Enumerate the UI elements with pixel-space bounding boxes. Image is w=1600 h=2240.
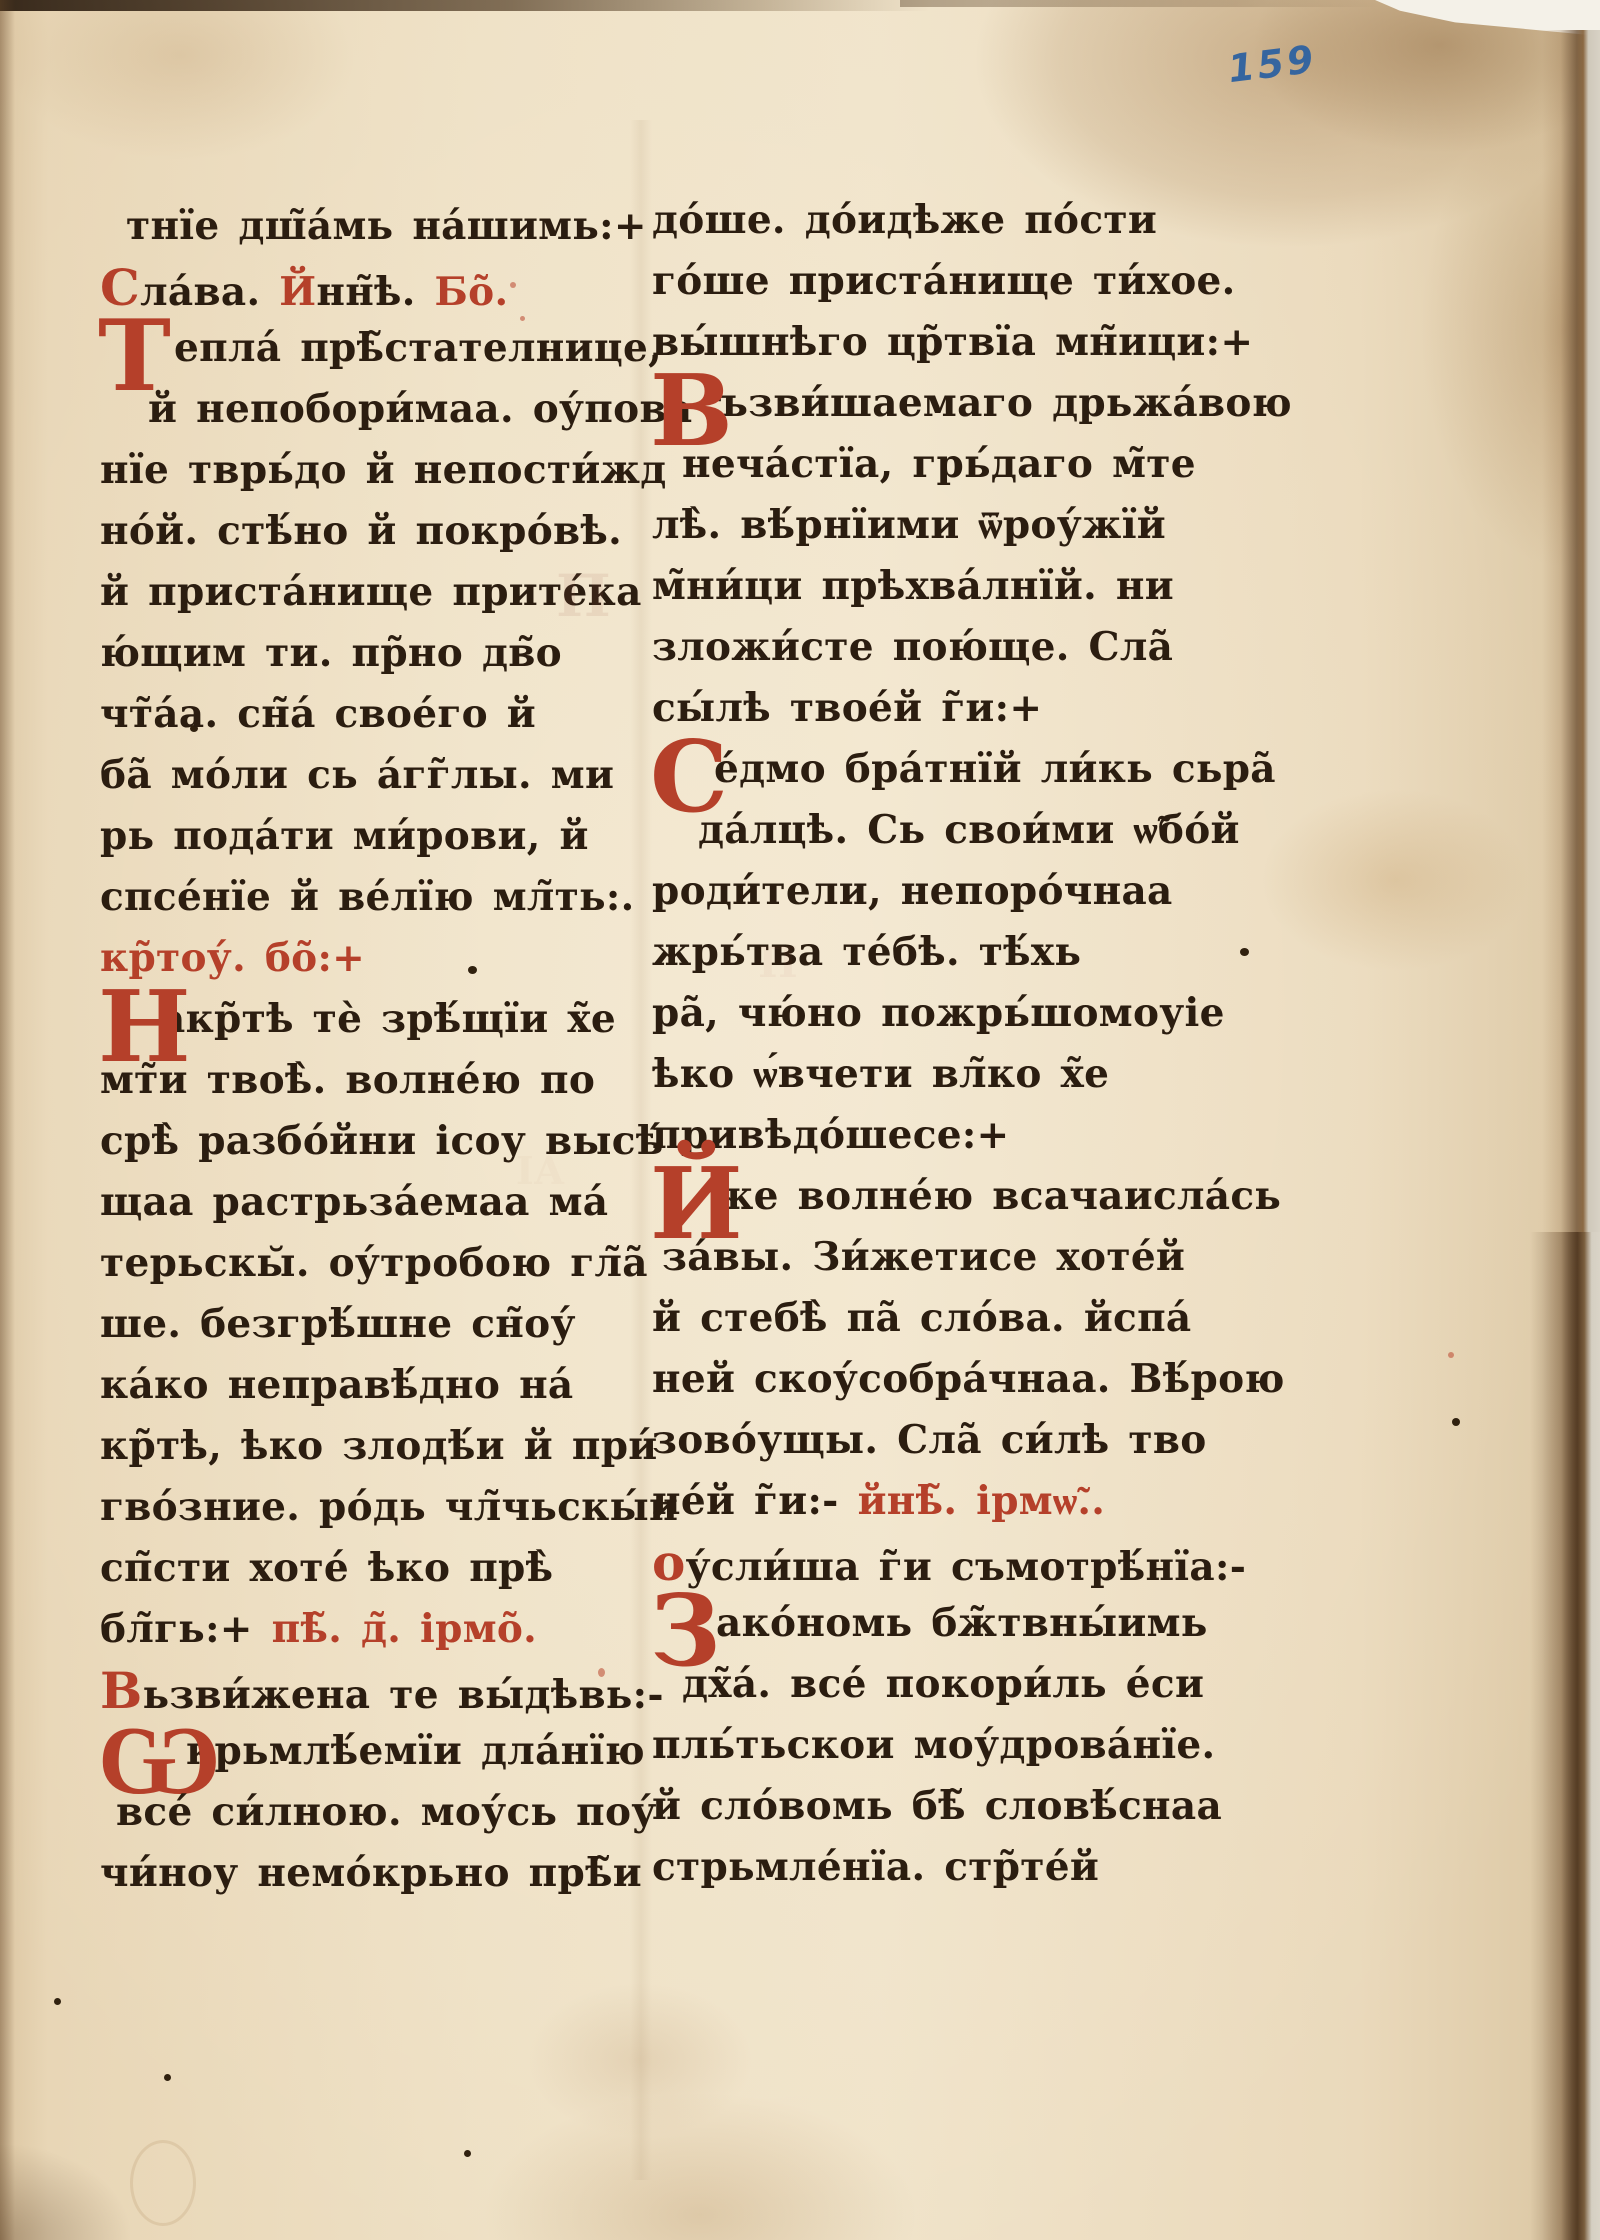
text-run: сп̃сти хоте́ ѣко прѣ̀ [100,1545,553,1591]
manuscript-line: Ѡкрьмлѣ́емїи дла́нїю [100,1721,685,1782]
manuscript-line: роди́тели, непоро́чнаа [652,861,1237,922]
manuscript-line: зложи́сте пою́ще. Сла̃ [652,617,1237,678]
manuscript-line: неча́стїа, грь́даго м̃те [652,434,1237,495]
text-run: до́ше. до́идѣже по́сти [652,197,1157,243]
manuscript-line: дх̃а́. все́ покори́ль е́си [652,1654,1237,1715]
folio-number: 159 [1226,37,1319,91]
manuscript-line: ра̃, чю́но пожрь́шомоуіе [652,983,1237,1044]
text-run: ше. безгрѣ́шне сн̃оу́ [100,1301,576,1347]
text-run: й сло́вомь бѣ̃ словѣ́снаа [652,1783,1222,1829]
manuscript-line: чи́ноу немо́крьно прѣ̃и [100,1843,685,1904]
manuscript-line: за́вы. Зи́жетисе хоте́й [652,1227,1237,1288]
text-run: у́сли́ша г̃и съмотрѣ́нїа:- [686,1544,1247,1590]
text-run: е́дмо бра́тнїй ли́кь сьра̃ [714,746,1276,792]
text-run: пѣ̃. д̃. ірмо̃. [272,1606,537,1652]
manuscript-line: сы́лѣ твое́й г̃и:+ [652,678,1237,739]
ink-spot [1452,1418,1460,1426]
text-run: пль́тьскои моу́дрова́нїе. [652,1722,1215,1768]
manuscript-line: до́ше. до́идѣже по́сти [652,190,1237,251]
ink-spot [464,2150,471,2157]
text-run: ра̃, чю́но пожрь́шомоуіе [652,990,1225,1036]
manuscript-line: Накр̃тѣ тѐ зрѣ́щїи х̃е [100,989,685,1050]
manuscript-line: жрь́тва те́бѣ. тѣ́хь [652,922,1237,983]
manuscript-line: мт̃и твоѣ̀. волне́ю по [100,1050,685,1111]
manuscript-page: 159 тнїе дш̃а́мь на́шимь:+Сла́ва. Йнн̃ѣ.… [0,0,1600,2240]
text-run: кр̃тѣ, ѣко злодѣ́и й при́ [100,1423,658,1469]
manuscript-line: нїе тврь́до й непости́жд [100,440,685,501]
manuscript-line: ка́ко неправѣ́дно на́ [100,1355,685,1416]
page-bottom-left-shadow [0,2145,130,2240]
ink-spot [164,2074,171,2081]
text-run: но́й. стѣ́но й покро́вѣ. [100,508,622,554]
manuscript-line: й непобори́маа. оу́пова [100,379,685,440]
manuscript-line: бл̃гь:+ пѣ̃. д̃. ірмо̃. [100,1599,685,1660]
manuscript-line: Тепла́ прѣ̃стателнице, [100,318,685,379]
page-right-edge-lower [1530,1232,1600,2240]
manuscript-line: ю́щим ти. пр̃но дв̃о [100,623,685,684]
manuscript-line: ше. безгрѣ́шне сн̃оу́ [100,1294,685,1355]
manuscript-line: лѣ̀. вѣ́рнїими ѿроу́жїй [652,495,1237,556]
manuscript-line: терьскы̆. оу́тробою гл̃а̃ [100,1233,685,1294]
text-run: й стебѣ̀ па̃ сло́ва. йспа́ [652,1295,1192,1341]
manuscript-line: тнїе дш̃а́мь на́шимь:+ [100,196,685,257]
text-run: за́вы. Зи́жетисе хоте́й [662,1234,1185,1280]
text-run: Бо̃. [435,269,509,315]
manuscript-line: вы́шнѣго цр̃твїа мн̃ици:+ [652,312,1237,373]
ink-spot [1240,948,1249,956]
text-run: чи́ноу немо́крьно прѣ̃и [100,1850,642,1896]
red-fleck [1448,1352,1454,1358]
text-run: акр̃тѣ тѐ зрѣ́щїи х̃е [160,996,616,1042]
text-run: роди́тели, непоро́чнаа [652,868,1173,914]
text-run: ба̃ мо́ли сь а́гг̃лы. ми [100,752,614,798]
ink-spot [54,1998,61,2005]
page-top-edge-faint [900,0,1380,7]
manuscript-line: й стебѣ̀ па̃ сло́ва. йспа́ [652,1288,1237,1349]
text-run: срѣ̀ разбо́йни ісоу высѣ́ [100,1118,664,1164]
manuscript-line: м̃ни́ци прѣхва́лнїй. ни [652,556,1237,617]
manuscript-line: все́ си́лною. моу́сь поу́ [100,1782,685,1843]
text-column-left: тнїе дш̃а́мь на́шимь:+Сла́ва. Йнн̃ѣ. Бо̃… [100,196,685,1904]
bleedthrough-glyph: ІА [516,1148,565,1193]
manuscript-line: оу́сли́ша г̃и съмотрѣ́нїа:- [652,1532,1237,1593]
page-left-edge [0,0,15,2240]
manuscript-line: Възви́шаемаго дрьжа́вою [652,373,1237,434]
text-run: го́ше приста́нище ти́хое. [652,258,1236,304]
text-run: лѣ̀. вѣ́рнїими ѿроу́жїй [652,502,1166,548]
text-run: бл̃гь:+ [100,1606,272,1652]
text-run: дх̃а́. все́ покори́ль е́си [682,1661,1204,1707]
manuscript-line: щаа растрьза́емаа ма́ [100,1172,685,1233]
text-run: рь пода́ти ми́рови, й [100,813,589,859]
manuscript-line: сп̃сти хоте́ ѣко прѣ̀ [100,1538,685,1599]
manuscript-line: й сло́вомь бѣ̃ словѣ́снаа [652,1776,1237,1837]
text-run: все́ си́лною. моу́сь поу́ [116,1789,657,1835]
text-run: нїе тврь́до й непости́жд [100,447,667,493]
text-run: да́лцѣ. Сь свои́ми ѡ̃бо́й [698,807,1240,853]
text-run: гво́зние. ро́дь чл̃чьскы́и [100,1484,678,1530]
manuscript-line: гво́зние. ро́дь чл̃чьскы́и [100,1477,685,1538]
manuscript-line: ѣко ѡ́вчети вл̃ко х̃е [652,1044,1237,1105]
text-run: ка́ко неправѣ́дно на́ [100,1362,574,1408]
manuscript-line: кр̃тѣ, ѣко злодѣ́и й при́ [100,1416,685,1477]
text-run: терьскы̆. оу́тробою гл̃а̃ [100,1240,648,1286]
text-run: мт̃и твоѣ̀. волне́ю по [100,1057,595,1103]
manuscript-line: зово́ущы. Сла̃ си́лѣ тво [652,1410,1237,1471]
text-run: же волне́ю всачаисла́сь [714,1173,1281,1219]
page-top-edge [0,0,930,11]
manuscript-line: пль́тьскои моу́дрова́нїе. [652,1715,1237,1776]
text-column-right: до́ше. до́идѣже по́стиго́ше приста́нище … [652,190,1237,1898]
manuscript-line: да́лцѣ. Сь свои́ми ѡ̃бо́й [652,800,1237,861]
manuscript-line: рь пода́ти ми́рови, й [100,806,685,867]
manuscript-line: Се́дмо бра́тнїй ли́кь сьра̃ [652,739,1237,800]
manuscript-line: го́ше приста́нище ти́хое. [652,251,1237,312]
manuscript-line: Зако́номь бж̃твны́имь [652,1593,1237,1654]
text-run: жрь́тва те́бѣ. тѣ́хь [652,929,1081,975]
text-run: неча́стїа, грь́даго м̃те [682,441,1196,487]
text-run: зово́ущы. Сла̃ си́лѣ тво [652,1417,1207,1463]
manuscript-line: Йже волне́ю всачаисла́сь [652,1166,1237,1227]
text-run: епла́ прѣ̃стателнице, [174,325,662,371]
manuscript-line: не́й г̃и:- йнѣ̃. ірмѡ̃.. [652,1471,1237,1532]
text-run: крьмлѣ́емїи дла́нїю [186,1728,645,1774]
manuscript-line: ней скоу́собра́чнаа. Вѣ́рою [652,1349,1237,1410]
text-run: зложи́сте пою́ще. Сла̃ [652,624,1173,670]
manuscript-line: спсе́нїе й ве́лїю мл̃ть:. [100,867,685,928]
manuscript-line: Сла́ва. Йнн̃ѣ. Бо̃. [100,257,685,318]
text-run: ѣко ѡ́вчети вл̃ко х̃е [652,1051,1109,1097]
text-run: Й [279,269,316,315]
manuscript-line: чт̃а́а. сн̃а́ свое́го й [100,684,685,745]
text-run: ней скоу́собра́чнаа. Вѣ́рою [652,1356,1285,1402]
text-run: йнѣ̃. ірмѡ̃.. [858,1478,1106,1524]
manuscript-line: ба̃ мо́ли сь а́гг̃лы. ми [100,745,685,806]
bleedthrough-glyph: П [758,938,798,987]
text-run: ако́номь бж̃твны́имь [716,1600,1208,1646]
manuscript-line: срѣ̀ разбо́йни ісоу высѣ́ [100,1111,685,1172]
text-run: ю́щим ти. пр̃но дв̃о [100,630,562,676]
moisture-ring-stain [130,2140,196,2226]
text-run: стрьмле́нїа. стр̃те́й [652,1844,1099,1890]
text-run: чт̃а́а. сн̃а́ свое́го й [100,691,536,737]
text-run: тнїе дш̃а́мь на́шимь:+ [126,203,647,249]
bleedthrough-glyph: П [556,562,611,630]
text-run: вы́шнѣго цр̃твїа мн̃ици:+ [652,319,1253,365]
text-run: ъзви́шаемаго дрьжа́вою [718,380,1292,426]
text-run: й непобори́маа. оу́пова [148,386,692,432]
manuscript-line: но́й. стѣ́но й покро́вѣ. [100,501,685,562]
text-run: нн̃ѣ. [316,269,434,315]
text-run: не́й г̃и:- [652,1478,858,1524]
text-run: м̃ни́ци прѣхва́лнїй. ни [652,563,1174,609]
manuscript-line: стрьмле́нїа. стр̃те́й [652,1837,1237,1898]
text-run: спсе́нїе й ве́лїю мл̃ть:. [100,874,634,920]
